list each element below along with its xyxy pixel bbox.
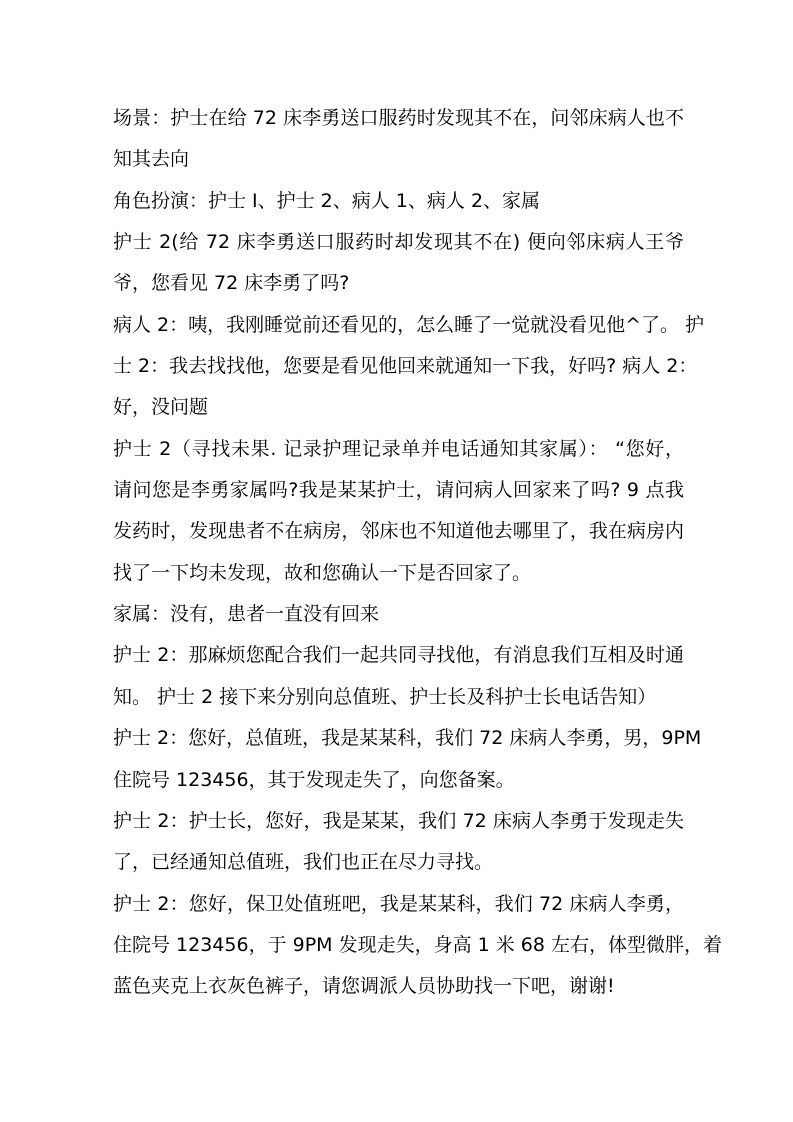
- doc-line: 了，已经通知总值班，我们也正在尽力寻找。: [113, 842, 684, 883]
- doc-line: 护士 2（寻找未果. 记录护理记录单并电话通知其家属）： “您好，: [113, 429, 684, 470]
- doc-line: 病人 2：咦，我刚睡觉前还看见的，怎么睡了一觉就没看见他^了。 护: [113, 305, 684, 346]
- doc-line: 护士 2：那麻烦您配合我们一起共同寻找他，有消息我们互相及时通: [113, 635, 684, 676]
- doc-line: 发药时，发现患者不在病房，邻床也不知道他去哪里了，我在病房内: [113, 511, 684, 552]
- doc-line: 家属：没有，患者一直没有回来: [113, 594, 684, 635]
- doc-line: 蓝色夹克上衣灰色裤子，请您调派人员协助找一下吧，谢谢!: [113, 966, 684, 1007]
- doc-line: 场景：护士在给 72 床李勇送口服药时发现其不在，问邻床病人也不: [113, 98, 684, 139]
- doc-line: 护士 2：您好，保卫处值班吧，我是某某科，我们 72 床病人李勇，: [113, 884, 684, 925]
- doc-line: 请问您是李勇家属吗?我是某某护士，请问病人回家来了吗? 9 点我: [113, 470, 684, 511]
- doc-line: 士 2：我去找找他，您要是看见他回来就通知一下我，好吗? 病人 2：: [113, 346, 684, 387]
- doc-line: 找了一下均未发现，故和您确认一下是否回家了。: [113, 553, 684, 594]
- doc-line: 住院号 123456，于 9PM 发现走失，身高 1 米 68 左右，体型微胖，…: [113, 925, 684, 966]
- doc-line: 护士 2：您好，总值班，我是某某科，我们 72 床病人李勇，男，9PM: [113, 718, 684, 759]
- document-page: 场景：护士在给 72 床李勇送口服药时发现其不在，问邻床病人也不 知其去向 角色…: [0, 0, 793, 1122]
- doc-line: 角色扮演：护士 I、护士 2、病人 1、病人 2、家属: [113, 181, 684, 222]
- doc-line: 护士 2(给 72 床李勇送口服药时却发现其不在) 便向邻床病人王爷: [113, 222, 684, 263]
- doc-line: 知其去向: [113, 139, 684, 180]
- doc-line: 爷，您看见 72 床李勇了吗?: [113, 263, 684, 304]
- doc-line: 知。 护士 2 接下来分别向总值班、护士长及科护士长电话告知）: [113, 677, 684, 718]
- doc-line: 好，没问题: [113, 387, 684, 428]
- doc-line: 护士 2：护士长，您好，我是某某，我们 72 床病人李勇于发现走失: [113, 801, 684, 842]
- doc-line: 住院号 123456，其于发现走失了，向您备案。: [113, 760, 684, 801]
